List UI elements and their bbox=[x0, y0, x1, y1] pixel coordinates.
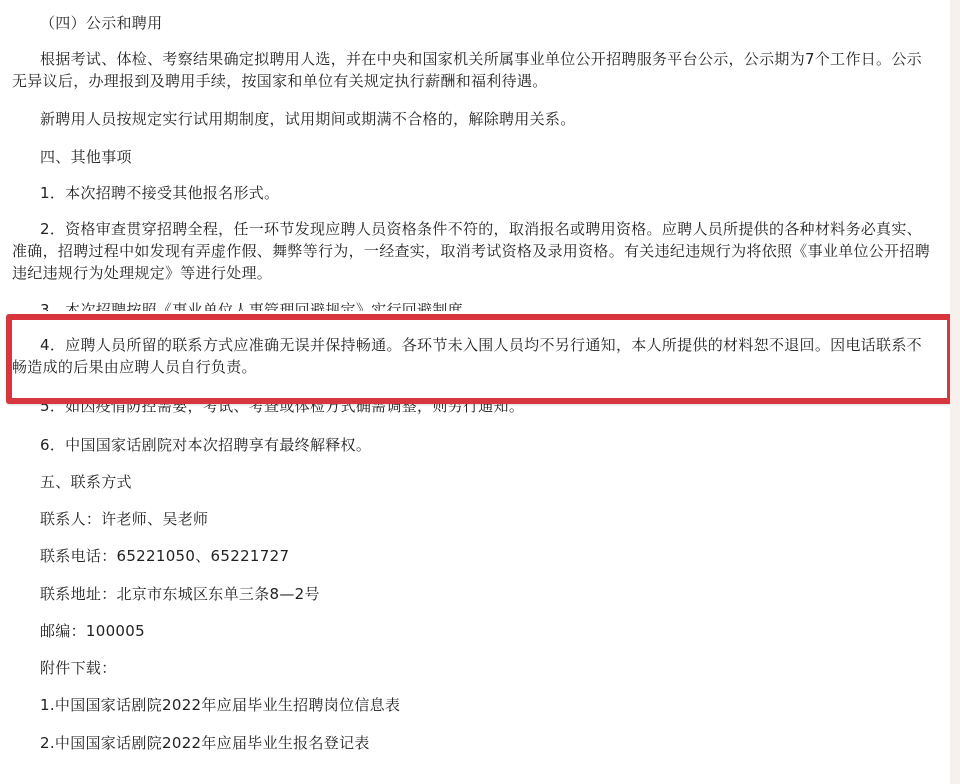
section-heading-publicity: （四）公示和聘用 bbox=[40, 12, 162, 34]
attachments-label: 附件下载： bbox=[40, 657, 117, 679]
list-item-6: 6．中国国家话剧院对本次招聘享有最终解释权。 bbox=[40, 434, 371, 456]
paragraph-probation: 新聘用人员按规定实行试用期制度，试用期间或期满不合格的，解除聘用关系。 bbox=[12, 108, 932, 130]
contact-phone: 联系电话：65221050、65221727 bbox=[40, 545, 289, 567]
attachment-link-2[interactable]: 2.中国国家话剧院2022年应届毕业生报名登记表 bbox=[40, 732, 370, 754]
list-item-2: 2．资格审查贯穿招聘全程，任一环节发现应聘人员资格条件不符的，取消报名或聘用资格… bbox=[12, 218, 932, 284]
list-item-5-text: 5．如因疫情防控需要，考试、考查或体检方式确需调整，则另行通知。 bbox=[40, 403, 524, 417]
contact-person: 联系人：许老师、吴老师 bbox=[40, 508, 208, 530]
paragraph-publicity: 根据考试、体检、考察结果确定拟聘用人选，并在中央和国家机关所属事业单位公开招聘服… bbox=[12, 48, 932, 92]
contact-address: 联系地址：北京市东城区东单三条8—2号 bbox=[40, 583, 320, 605]
scrollbar-track[interactable] bbox=[950, 0, 960, 784]
postcode: 邮编：100005 bbox=[40, 620, 145, 642]
highlight-box: 4．应聘人员所留的联系方式应准确无误并保持畅通。各环节未入围人员均不另行通知，本… bbox=[6, 314, 953, 404]
document-page: （四）公示和聘用 根据考试、体检、考察结果确定拟聘用人选，并在中央和国家机关所属… bbox=[0, 0, 950, 784]
section-heading-contact: 五、联系方式 bbox=[40, 471, 132, 493]
attachment-link-1[interactable]: 1.中国国家话剧院2022年应届毕业生招聘岗位信息表 bbox=[40, 694, 400, 716]
list-item-3: 3．本次招聘按照《事业单位人事管理回避规定》实行回避制度。 bbox=[40, 299, 478, 311]
section-heading-other-matters: 四、其他事项 bbox=[40, 146, 132, 168]
list-item-1: 1．本次招聘不接受其他报名形式。 bbox=[40, 182, 279, 204]
list-item-4-highlighted: 4．应聘人员所留的联系方式应准确无误并保持畅通。各环节未入围人员均不另行通知，本… bbox=[12, 334, 937, 378]
list-item-5: 5．如因疫情防控需要，考试、考查或体检方式确需调整，则另行通知。 bbox=[40, 403, 524, 417]
